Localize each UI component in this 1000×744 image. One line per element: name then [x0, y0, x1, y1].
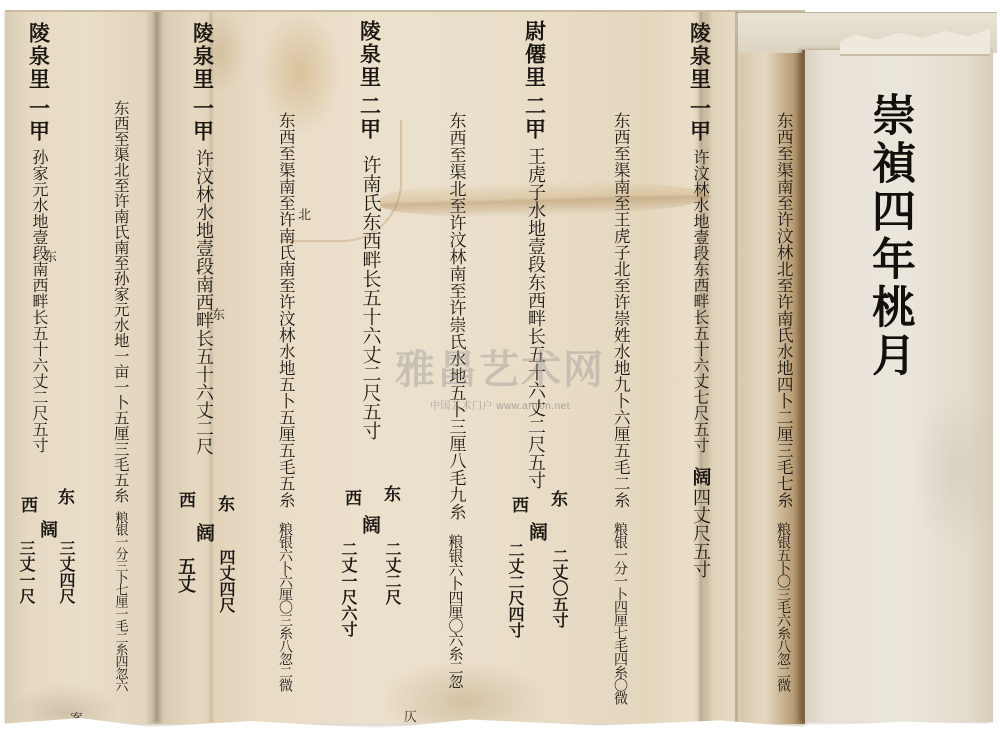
east-label: 东 — [548, 490, 565, 507]
west-label: 西 — [176, 491, 193, 508]
west-width-value: 五丈 — [176, 557, 194, 593]
east-label: 东 — [215, 495, 232, 512]
west-label: 西 — [342, 489, 359, 506]
record-text: 许汶林水地壹段东西畔长五十六丈七尺五寸 — [692, 149, 708, 453]
width-block: 东 西 阔 二丈二尺 二丈一尺六寸 — [338, 485, 402, 645]
record-text: 王虎子水地壹段东西畔长五十六丈二尺五寸 — [526, 147, 544, 489]
width-label: 阔 — [527, 522, 546, 541]
boundary-text: 东西至渠南至许南氏南至许汶林水地五卜五厘五毛五糸 — [277, 112, 294, 508]
boundary-column: 东西至渠北至许南氏南至孙家元水地一亩一卜五厘三毛五糸 粮银一分三卜七厘一毛二糸四… — [103, 100, 137, 691]
record-text: 许南氏东西畔长五十六丈二尺五寸 — [361, 155, 380, 440]
margin-mark: 仄 — [404, 706, 417, 725]
jia-number: 一甲 — [29, 97, 50, 143]
boundary-text: 东西至渠北至许汶林南至许崇氏水地五卜三厘八毛九糸 — [447, 112, 464, 520]
boundary-text: 东西至渠南至许汶林北至许南氏水地四卜二厘三毛七糸 — [775, 112, 792, 508]
jia-number: 一甲 — [193, 97, 214, 143]
west-width-value: 二丈二尺四寸 — [507, 542, 523, 638]
west-label: 西 — [509, 496, 526, 513]
village-name: 尉僊里 — [525, 20, 546, 89]
record-column: 陵泉里 一甲 孙家元水地壹段南西畔长五十六丈二尺五寸 — [22, 22, 56, 453]
width-block: 东 西 阔 四丈四尺 五丈 — [172, 495, 236, 655]
watermark-logo: 雅昌艺术网 — [395, 338, 605, 395]
village-name: 陵泉里 — [690, 22, 711, 91]
tax-text: 粮银一分一卜四厘七毛四糸〇微 — [613, 522, 627, 704]
west-width-value: 二丈一尺六寸 — [340, 541, 356, 637]
record-text: 孙家元水地壹段南西畔长五十六丈二尺五寸 — [31, 149, 47, 453]
boundary-text: 东西至渠北至许南氏南至孙家元水地一亩一卜五厘三毛五糸 — [112, 100, 128, 503]
width-label: 阔 — [194, 523, 213, 542]
village-name: 陵泉里 — [360, 20, 381, 89]
west-label: 西 — [18, 496, 35, 513]
tax-text: 粮银六卜六厘〇三糸八忽二微 — [278, 522, 292, 691]
boundary-column: 东西至渠南至王虎子北至许崇姓水地九卜六厘五毛二糸 粮银一分一卜四厘七毛四糸〇微 — [603, 112, 637, 704]
boundary-text: 东西至渠南至王虎子北至许崇姓水地九卜六厘五毛二糸 — [612, 112, 629, 508]
fold-crease — [152, 12, 162, 722]
watermark-subtitle: 中国艺术门户 www.artron.net — [395, 397, 605, 412]
jia-number: 一甲 — [690, 97, 711, 143]
width-block: 东 西 阔 三丈四尺 三丈一尺 — [14, 488, 78, 648]
document-title: 崇禎四年桃月 — [855, 92, 911, 380]
east-label: 东 — [55, 488, 72, 505]
east-width-value: 二丈〇五寸 — [551, 548, 567, 628]
record-text: 许汶林水地壹段南西畔长五十六丈二尺 — [194, 149, 212, 455]
tax-text: 粮银五卜〇三毛六糸八忽二微 — [776, 522, 790, 691]
width-label: 阔 — [691, 467, 710, 486]
width-label: 阔 — [360, 515, 379, 534]
jia-number: 二甲 — [360, 95, 381, 141]
tax-text: 粮银一分三卜七厘一毛二糸四忽六 — [114, 511, 127, 691]
village-name: 陵泉里 — [29, 22, 50, 91]
record-column: 尉僊里 二甲 王虎子水地壹段东西畔长五十六丈二尺五寸 — [518, 20, 552, 489]
fold-crease — [735, 12, 738, 722]
record-column: 陵泉里 一甲 许汶林水地壹段南西畔长五十六丈二尺 — [186, 22, 220, 455]
jia-number: 二甲 — [525, 95, 546, 141]
west-width-value: 三丈一尺 — [18, 540, 34, 604]
width-label: 阔 — [38, 520, 56, 538]
east-width-value: 三丈四尺 — [58, 540, 74, 604]
tax-text: 粮银六卜四厘〇六糸二忽 — [448, 534, 463, 688]
east-width-value: 二丈二尺 — [384, 541, 400, 605]
watermark: 雅昌艺术网 中国艺术门户 www.artron.net — [395, 338, 605, 412]
village-name: 陵泉里 — [193, 22, 214, 91]
record-column: 陵泉里 二甲 许南氏东西畔长五十六丈二尺五寸 — [353, 20, 387, 440]
boundary-column: 东西至渠南至许南氏南至许汶林水地五卜五厘五毛五糸 粮银六卜六厘〇三糸八忽二微 — [268, 112, 302, 691]
marginal-note: 北 — [298, 204, 311, 223]
width-block: 东 西 阔 二丈〇五寸 二丈二尺四寸 — [505, 490, 569, 650]
marginal-note: 东 — [44, 246, 57, 265]
width-value: 四丈尺五寸 — [691, 488, 709, 578]
marginal-note: 东 — [212, 304, 225, 323]
east-label: 东 — [381, 485, 398, 502]
east-width-value: 四丈四尺 — [218, 549, 234, 613]
boundary-column: 东西至渠南至许汶林北至许南氏水地四卜二厘三毛七糸 粮银五卜〇三毛六糸八忽二微 — [766, 112, 800, 691]
record-column: 陵泉里 一甲 许汶林水地壹段东西畔长五十六丈七尺五寸 阔 四丈尺五寸 — [683, 22, 717, 578]
